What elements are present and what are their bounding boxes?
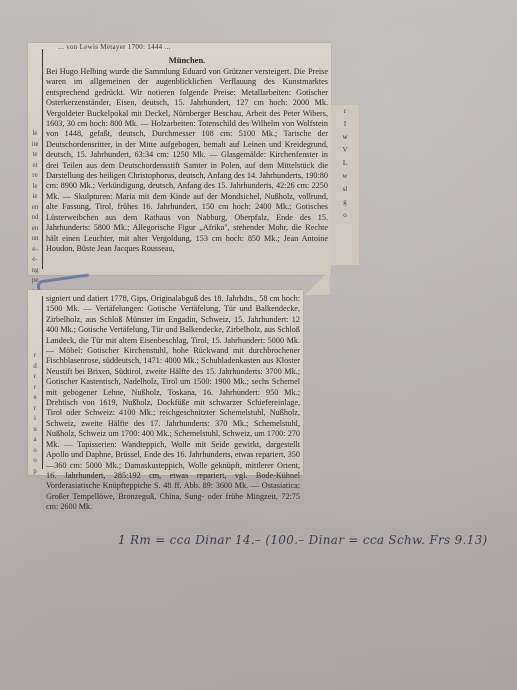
column-rule <box>42 296 43 469</box>
adjacent-column-fragment-right: r I w V L w sl g o <box>331 105 359 265</box>
newspaper-clipping-bottom: signiert und datiert 1778, Gips, Origina… <box>28 290 303 475</box>
column-rule <box>42 49 43 269</box>
folded-corner <box>300 275 330 295</box>
clipping-text: signiert und datiert 1778, Gips, Origina… <box>46 294 300 513</box>
clipping-paragraph: Bei Hugo Helbing wurde die Sammlung Edua… <box>46 67 328 254</box>
clipping-text: München. Bei Hugo Helbing wurde die Samm… <box>46 55 328 254</box>
newspaper-clipping-top: München. Bei Hugo Helbing wurde die Samm… <box>28 43 331 275</box>
clipping-paragraph: signiert und datiert 1778, Gips, Origina… <box>46 294 300 513</box>
cut-off-top-line: ... von Lewis Metayer 1700: 1444 ... <box>28 43 331 52</box>
adjacent-column-fragment-left: le ite te et re le ie en nd en un e- e- … <box>29 128 41 286</box>
handwritten-note: 1 Rm = cca Dinar 14.– (100.– Dinar = cca… <box>118 533 517 547</box>
clipping-heading: München. <box>46 55 328 66</box>
adjacent-column-fragment-left-bottom: r d r r e r i u a o o p <box>29 350 41 476</box>
